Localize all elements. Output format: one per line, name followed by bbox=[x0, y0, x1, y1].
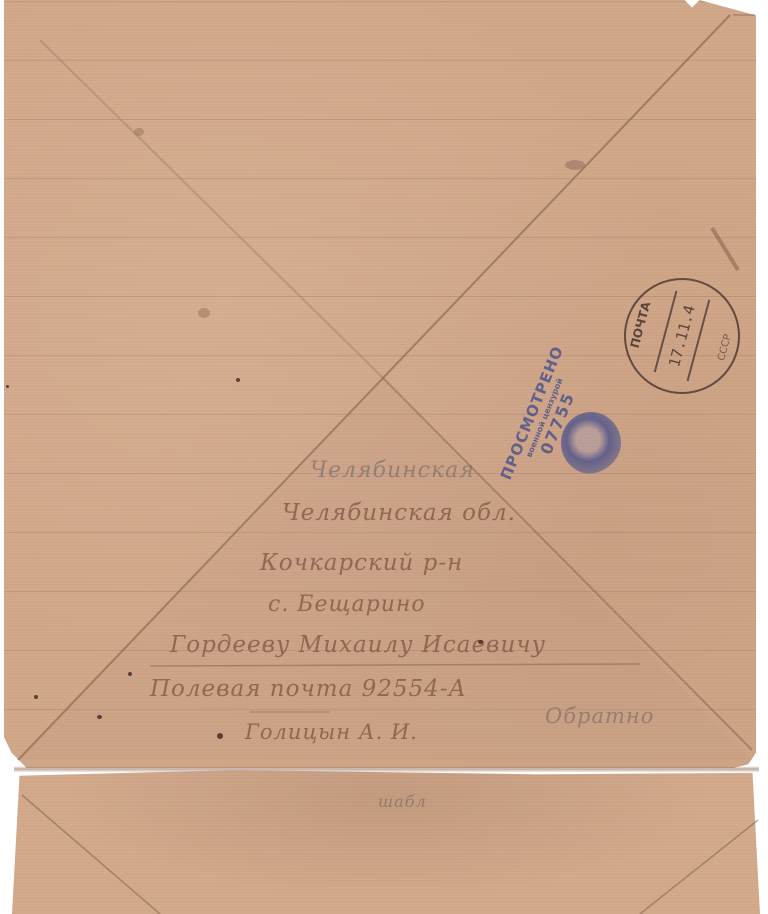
paper-speck bbox=[128, 672, 132, 676]
round-seal-stamp bbox=[561, 412, 621, 474]
paper-speck bbox=[478, 640, 483, 644]
pencil-note-region: Челябинская bbox=[310, 458, 475, 483]
address-line-region: Челябинская обл. bbox=[282, 500, 516, 526]
paper-stain bbox=[198, 308, 210, 318]
field-post-number: Полевая почта 92554-А bbox=[150, 676, 467, 702]
bottom-strip-note: шабл bbox=[378, 792, 427, 811]
paper-stain bbox=[134, 128, 144, 136]
fold-tear-line bbox=[14, 766, 759, 772]
paper-speck bbox=[34, 695, 38, 699]
paper-speck bbox=[236, 378, 240, 382]
paper-speck bbox=[97, 715, 102, 719]
postmark-date: 17.11.4 bbox=[654, 291, 711, 381]
pencil-note-return: Обратно bbox=[545, 704, 654, 728]
address-line-district: Кочкарский р-н bbox=[260, 550, 463, 576]
paper-speck bbox=[217, 733, 223, 739]
address-line-village: с. Бещарино bbox=[268, 592, 426, 617]
letter-sheet: Челябинская Челябинская обл. Кочкарский … bbox=[0, 0, 768, 914]
recipient-name: Гордееву Михаилу Исаевичу bbox=[170, 632, 546, 658]
sender-name: Голицын А. И. bbox=[245, 720, 418, 744]
paper-speck bbox=[6, 385, 9, 388]
